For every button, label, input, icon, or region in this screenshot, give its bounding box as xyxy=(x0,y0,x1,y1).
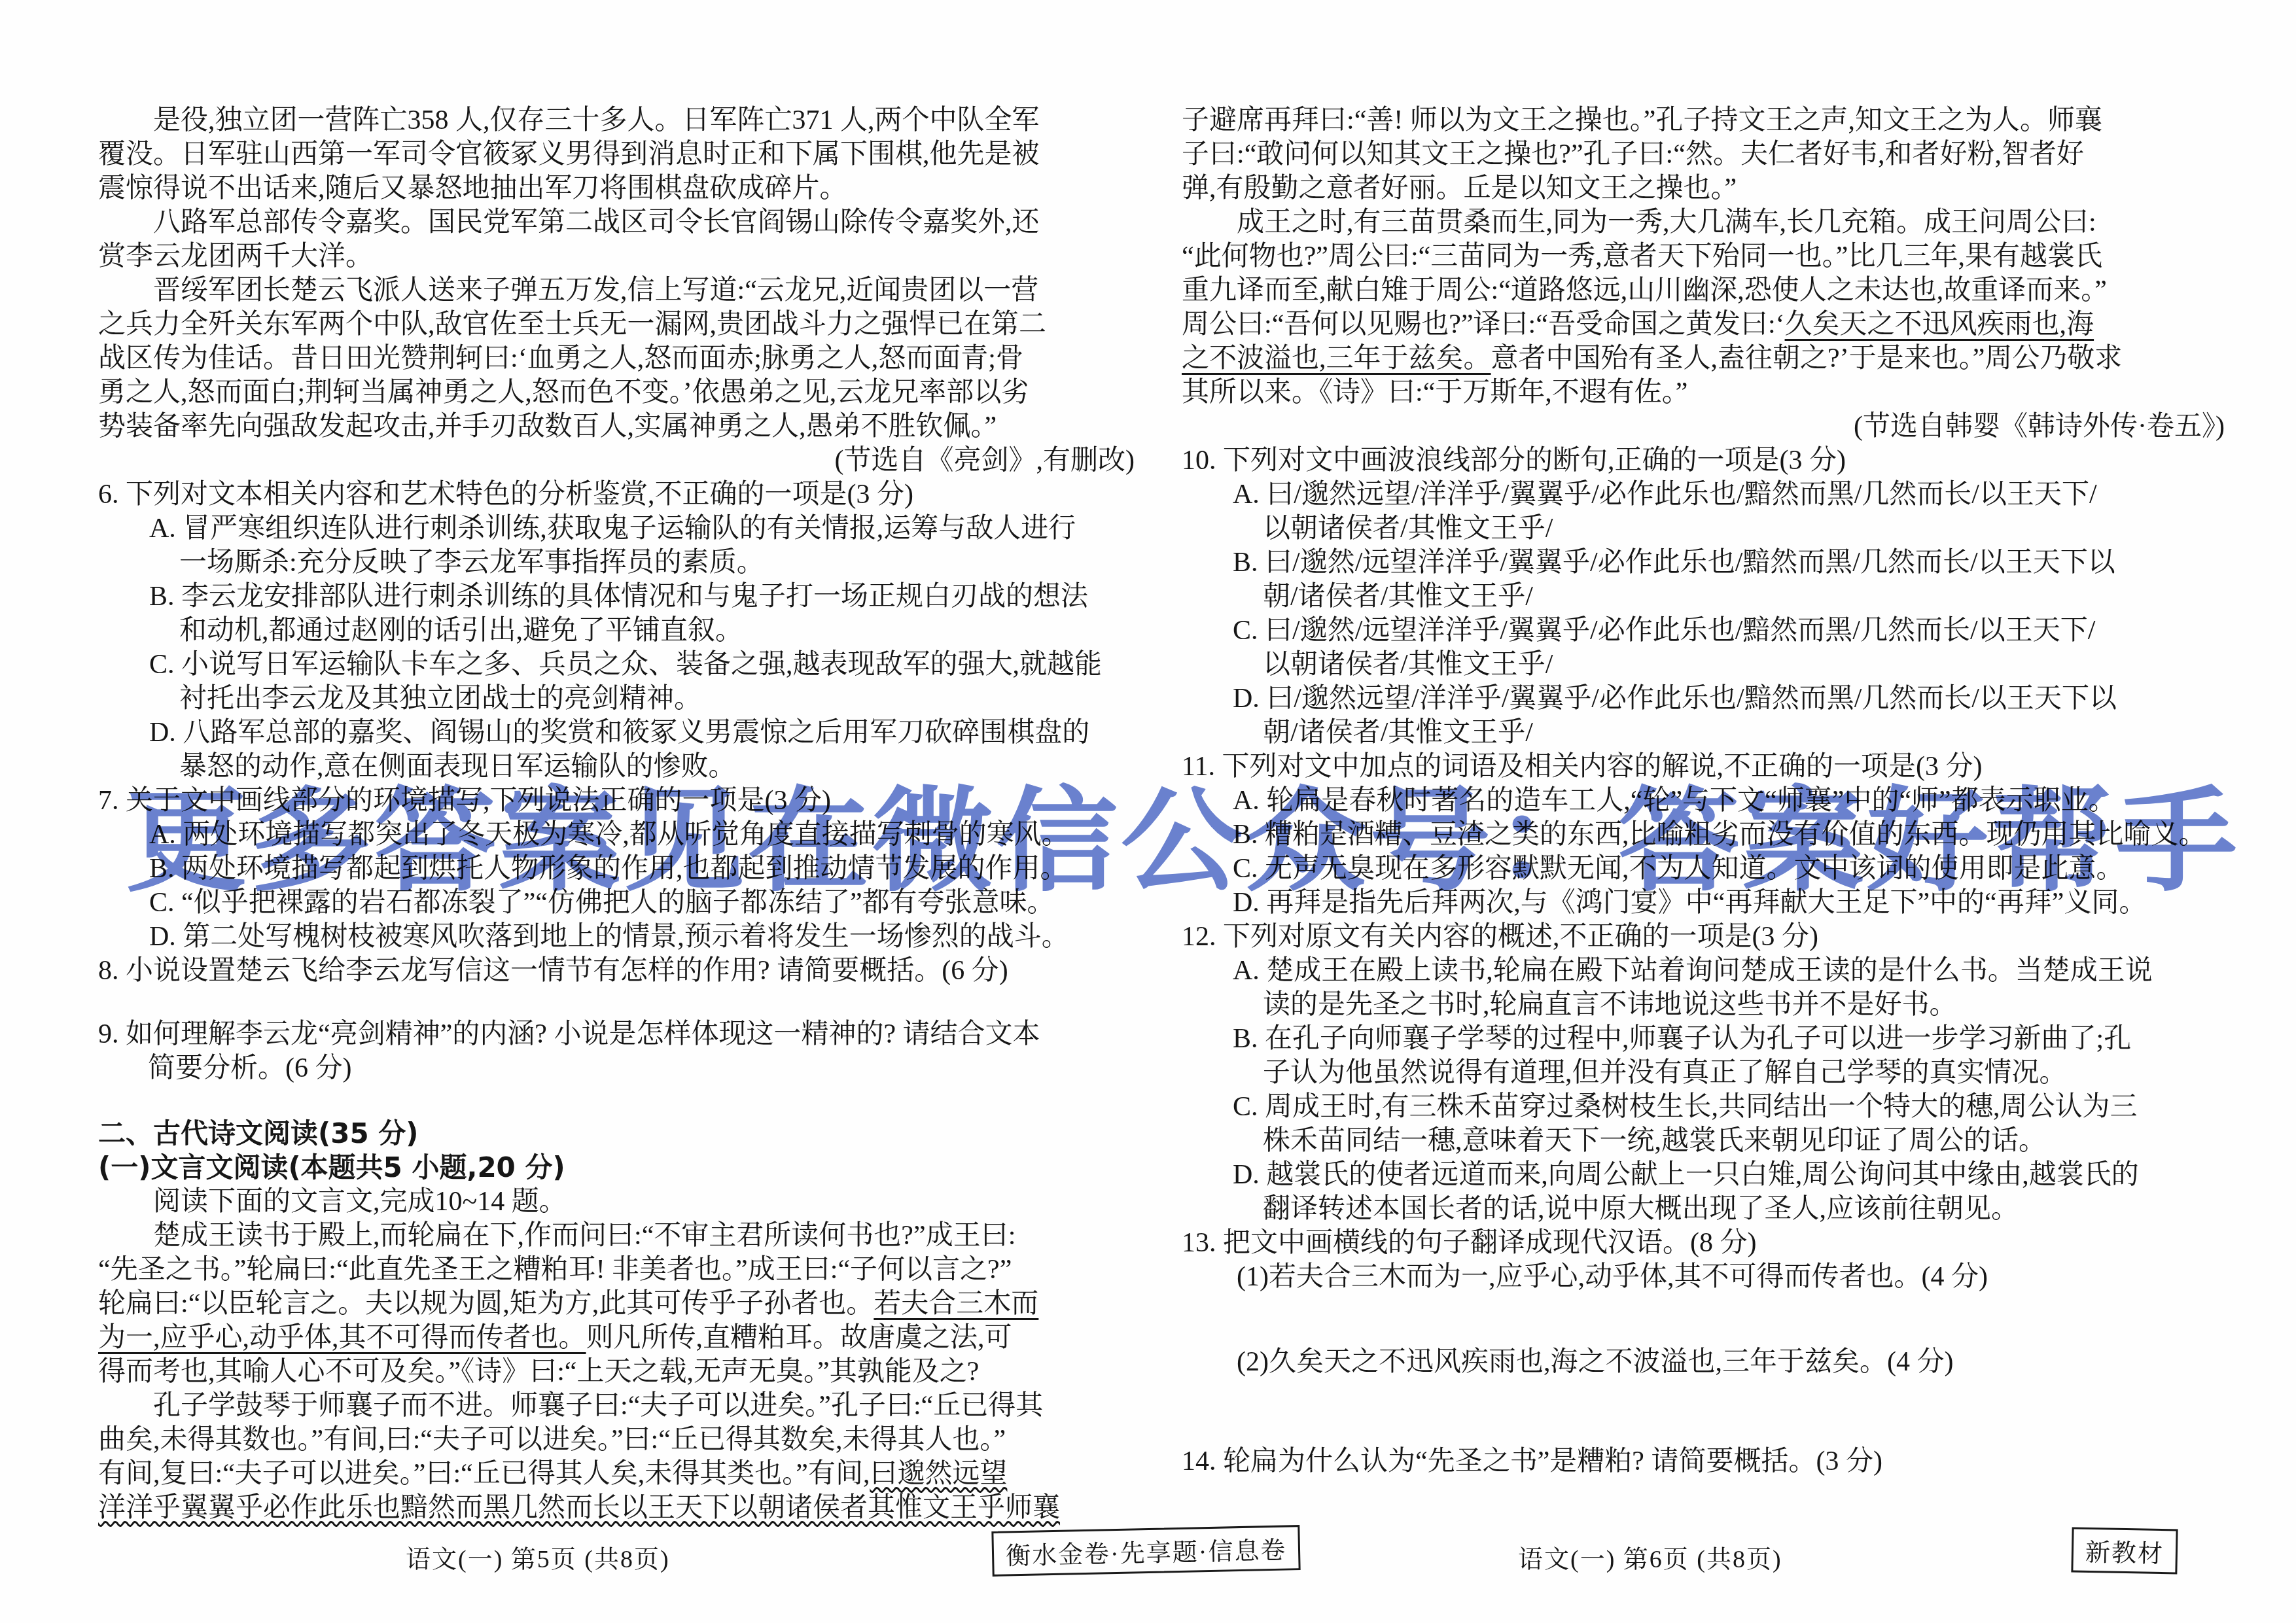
text-line: 14. 轮扁为什么认为“先圣之书”是糟粕? 请简要概括。(3 分) xyxy=(1182,1444,2248,1478)
text-line: 二、古代诗文阅读(35 分) xyxy=(98,1117,1158,1151)
text-line: 翻译转述本国长者的话,说中原大概出现了圣人,应该前往朝见。 xyxy=(1182,1192,2248,1226)
text-line: 为一,应乎心,动乎体,其不可得而传者也。则凡所传,直糟粕耳。故唐虞之法,可 xyxy=(98,1321,1158,1355)
text-line: 子曰:“敢问何以知其文王之操也?”孔子曰:“然。夫仁者好韦,和者好粉,智者好 xyxy=(1182,137,2248,171)
page-footer-left: 语文(一) 第5页 (共8页) xyxy=(406,1539,670,1575)
text-line: B. 李云龙安排部队进行刺杀训练的具体情况和与鬼子打一场正规白刃战的想法 xyxy=(98,580,1158,614)
text-line: B. 曰/邈然/远望洋洋乎/翼翼乎/必作此乐也/黯然而黑/几然而长/以王天下以 xyxy=(1182,546,2248,580)
text-line: 八路军总部传令嘉奖。国民党军第二战区司令长官阎锡山除传令嘉奖外,还 xyxy=(98,205,1158,239)
page-footer-right: 语文(一) 第6页 (共8页) xyxy=(1518,1539,1782,1575)
text-line: 株禾苗同结一穗,意味着天下一统,越裳氏来朝见印证了周公的话。 xyxy=(1182,1124,2248,1158)
text-line: C. 小说写日军运输队卡车之多、兵员之众、装备之强,越表现敌军的强大,就越能 xyxy=(98,648,1158,682)
text-line: 朝/诸侯者/其惟文王乎/ xyxy=(1182,716,2248,750)
text-line: A. 曰/邈然远望/洋洋乎/翼翼乎/必作此乐也/黯然而黑/几然而长/以王天下/ xyxy=(1182,478,2248,512)
text-line: 重九译而至,献白雉于周公:“道路悠远,山川幽深,恐使人之未达也,故重译而来。” xyxy=(1182,273,2248,307)
text-line: 之不波溢也,三年于兹矣。意者中国殆有圣人,盍往朝之?’于是来也。”周公乃敬求 xyxy=(1182,341,2248,375)
text-line: 楚成王读书于殿上,而轮扁在下,作而问曰:“不审主君所读何书也?”成王曰: xyxy=(98,1219,1158,1253)
text-line: (2)久矣天之不迅风疾雨也,海之不波溢也,三年于兹矣。(4 分) xyxy=(1182,1345,2248,1379)
text-line: 阅读下面的文言文,完成10~14 题。 xyxy=(98,1185,1158,1219)
text-line: (节选自韩婴《韩诗外传·卷五》) xyxy=(1182,410,2248,444)
text-line: 朝/诸侯者/其惟文王乎/ xyxy=(1182,580,2248,614)
text-line: 之兵力全歼关东军两个中队,敌官佐至士兵无一漏网,贵团战斗力之强悍已在第二 xyxy=(98,307,1158,341)
text-line: 晋绥军团长楚云飞派人送来子弹五万发,信上写道:“云龙兄,近闻贵团以一营 xyxy=(98,273,1158,307)
text-line: D. 八路军总部的嘉奖、阎锡山的奖赏和筱冢义男震惊之后用军刀砍碎围棋盘的 xyxy=(98,716,1158,750)
text-line: 赏李云龙团两千大洋。 xyxy=(98,239,1158,273)
text-line: 9. 如何理解李云龙“亮剑精神”的内涵? 小说是怎样体现这一精神的? 请结合文本 xyxy=(98,1017,1158,1051)
text-line: 弹,有殷勤之意者好丽。丘是以知文王之操也。” xyxy=(1182,171,2248,205)
text-line: 简要分析。(6 分) xyxy=(98,1051,1158,1085)
text-line: 周公曰:“吾何以见赐也?”译曰:“吾受命国之黄发曰:‘久矣天之不迅风疾雨也,海 xyxy=(1182,307,2248,341)
exam-paper-page: 是役,独立团一营阵亡358 人,仅存三十多人。日军阵亡371 人,两个中队全军覆… xyxy=(0,0,2296,1623)
text-line: A. 冒严寒组织连队进行刺杀训练,获取鬼子运输队的有关情报,运筹与敌人进行 xyxy=(98,512,1158,546)
text-line: 读的是先圣之书时,轮扁直言不讳地说这些书并不是好书。 xyxy=(1182,988,2248,1022)
text-line: 得而考也,其喻人心不可及矣。”《诗》曰:“上天之载,无声无臭。”其孰能及之? xyxy=(98,1355,1158,1389)
text-line: 其所以来。《诗》曰:“于万斯年,不遐有佐。” xyxy=(1182,375,2248,410)
text-line: 是役,独立团一营阵亡358 人,仅存三十多人。日军阵亡371 人,两个中队全军 xyxy=(98,103,1158,137)
text-line: 覆没。日军驻山西第一军司令官筱冢义男得到消息时正和下属下围棋,他先是被 xyxy=(98,137,1158,171)
text-line: “此何物也?”周公曰:“三苗同为一秀,意者天下殆同一也。”比几三年,果有越裳氏 xyxy=(1182,239,2248,273)
text-line: 战区传为佳话。昔日田光赞荆轲曰:‘血勇之人,怒而面赤;脉勇之人,怒而面青;骨 xyxy=(98,341,1158,375)
text-line: 洋洋乎翼翼乎必作此乐也黯然而黑几然而长以王天下以朝诸侯者其惟文王乎师襄 xyxy=(98,1491,1158,1525)
text-line: “先圣之书。”轮扁曰:“此直先圣王之糟粕耳! 非美者也。”成王曰:“子何以言之?… xyxy=(98,1253,1158,1287)
brand-badge: 衡水金卷·先享题·信息卷 xyxy=(991,1525,1301,1577)
text-line: B. 在孔子向师襄子学琴的过程中,师襄子认为孔子可以进一步学习新曲了;孔 xyxy=(1182,1022,2248,1056)
text-line: (1)若夫合三木而为一,应乎心,动乎体,其不可得而传者也。(4 分) xyxy=(1182,1260,2248,1294)
text-line: 曲矣,未得其数也。”有间,曰:“夫子可以进矣。”曰:“丘已得其数矣,未得其人也。… xyxy=(98,1423,1158,1457)
text-line: C. 曰/邈然/远望洋洋乎/翼翼乎/必作此乐也/黯然而黑/几然而长/以王天下/ xyxy=(1182,614,2248,648)
text-line: 8. 小说设置楚云飞给李云龙写信这一情节有怎样的作用? 请简要概括。(6 分) xyxy=(98,954,1158,988)
text-line: (节选自《亮剑》,有删改) xyxy=(98,444,1158,478)
text-line: 孔子学鼓琴于师襄子而不进。师襄子曰:“夫子可以进矣。”孔子曰:“丘已得其 xyxy=(98,1389,1158,1423)
text-line: D. 第二处写槐树枝被寒风吹落到地上的情景,预示着将发生一场惨烈的战斗。 xyxy=(98,920,1158,954)
text-line: 以朝诸侯者/其惟文王乎/ xyxy=(1182,512,2248,546)
text-line: 12. 下列对原文有关内容的概述,不正确的一项是(3 分) xyxy=(1182,920,2248,954)
text-line: 10. 下列对文中画波浪线部分的断句,正确的一项是(3 分) xyxy=(1182,444,2248,478)
text-line: 子避席再拜曰:“善! 师以为文王之操也。”孔子持文王之声,知文王之为人。师襄 xyxy=(1182,103,2248,137)
text-line: 和动机,都通过赵刚的话引出,避免了平铺直叙。 xyxy=(98,614,1158,648)
text-line: 成王之时,有三苗贯桑而生,同为一秀,大几满车,长几充箱。成王问周公曰: xyxy=(1182,205,2248,239)
text-line: 轮扁曰:“以臣轮言之。夫以规为圆,矩为方,此其可传乎子孙者也。若夫合三木而 xyxy=(98,1287,1158,1321)
text-line: 6. 下列对文本相关内容和艺术特色的分析鉴赏,不正确的一项是(3 分) xyxy=(98,478,1158,512)
text-line: 震惊得说不出话来,随后又暴怒地抽出军刀将围棋盘砍成碎片。 xyxy=(98,171,1158,205)
text-line: 衬托出李云龙及其独立团战士的亮剑精神。 xyxy=(98,682,1158,716)
edition-badge: 新教材 xyxy=(2071,1527,2178,1574)
text-line: 有间,复曰:“夫子可以进矣。”曰:“丘已得其人矣,未得其类也。”有间,曰邈然远望 xyxy=(98,1457,1158,1491)
text-line: 势装备率先向强敌发起攻击,并手刃敌数百人,实属神勇之人,愚弟不胜钦佩。” xyxy=(98,410,1158,444)
text-line: D. 越裳氏的使者远道而来,向周公献上一只白雉,周公询问其中缘由,越裳氏的 xyxy=(1182,1158,2248,1192)
text-line: D. 曰/邈然远望/洋洋乎/翼翼乎/必作此乐也/黯然而黑/几然而长/以王天下以 xyxy=(1182,682,2248,716)
text-line: 子认为他虽然说得有道理,但并没有真正了解自己学琴的真实情况。 xyxy=(1182,1056,2248,1090)
text-line: 13. 把文中画横线的句子翻译成现代汉语。(8 分) xyxy=(1182,1226,2248,1260)
text-line: C. 周成王时,有三株禾苗穿过桑树枝生长,共同结出一个特大的穗,周公认为三 xyxy=(1182,1090,2248,1124)
text-line: 勇之人,怒而面白;荆轲当属神勇之人,怒而色不变。’依愚弟之见,云龙兄率部以劣 xyxy=(98,375,1158,410)
text-line: 一场厮杀:充分反映了李云龙军事指挥员的素质。 xyxy=(98,546,1158,580)
watermark-overlay: 更多答案见在微信公众号：答案好帮手 xyxy=(126,751,2240,913)
text-line: (一)文言文阅读(本题共5 小题,20 分) xyxy=(98,1151,1158,1185)
text-line: 以朝诸侯者/其惟文王乎/ xyxy=(1182,648,2248,682)
text-line: A. 楚成王在殿上读书,轮扁在殿下站着询问楚成王读的是什么书。当楚成王说 xyxy=(1182,954,2248,988)
